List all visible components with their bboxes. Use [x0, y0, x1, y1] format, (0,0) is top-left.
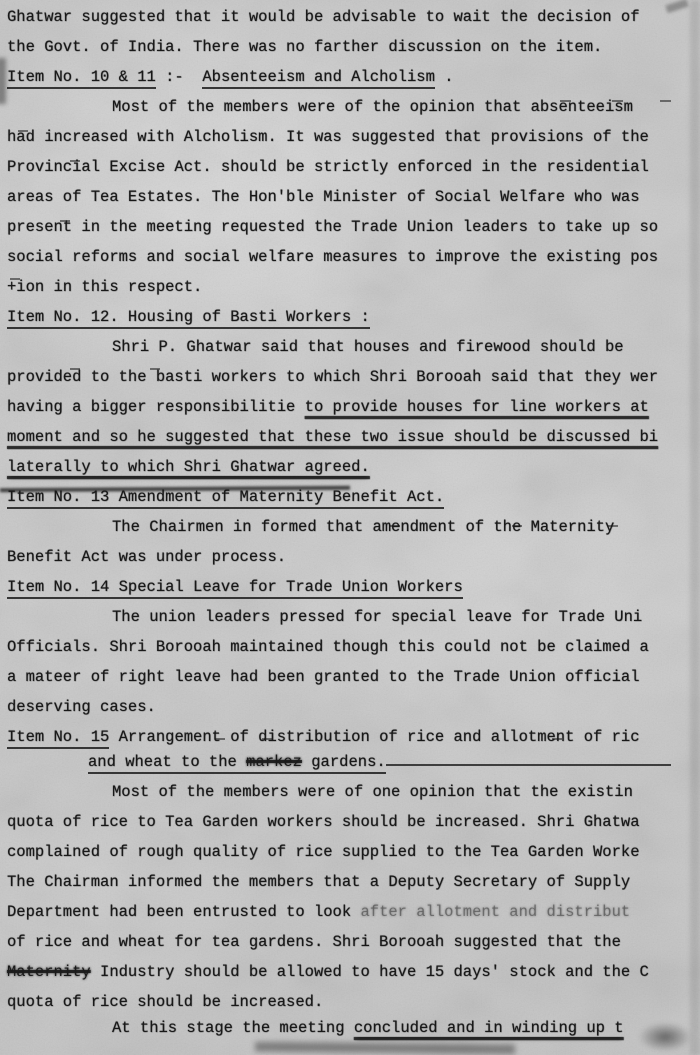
text-segment: Provincial Excise Act. should be strictl… [7, 158, 649, 176]
text-line: present in the meeting requested the Tra… [0, 214, 700, 244]
text-line: had increased with Alcholism. It was sug… [0, 124, 700, 154]
text-line: Maternity Industry should be allowed to … [0, 959, 700, 989]
text-line: Officials. Shri Borooah maintained thoug… [0, 634, 700, 664]
text-line: Benefit Act was under process. [0, 544, 700, 574]
text-segment: moment and so he suggested that these tw… [7, 428, 658, 446]
item-heading-13: Item No. 13 Amendment of Maternity Benef… [0, 484, 700, 514]
text-line: +ion in this respect. [0, 274, 700, 304]
text-segment: a mateer of right leave had been granted… [7, 668, 640, 686]
text-line: The Chairmen in formed that amendment of… [0, 514, 700, 544]
text-segment: :- [156, 68, 203, 86]
text-line: Most of the members were of the opinion … [0, 94, 700, 124]
text-line: of rice and wheat for tea gardens. Shri … [0, 929, 700, 959]
text-line: Provincial Excise Act. should be strictl… [0, 154, 700, 184]
text-segment: of rice and wheat for tea gardens. Shri … [7, 933, 621, 951]
text-line: having a bigger responsibilitie to provi… [0, 394, 700, 424]
text-segment: social reforms and social welfare measur… [7, 248, 658, 266]
text-segment: Officials. Shri Borooah maintained thoug… [7, 638, 649, 656]
item-heading-14: Item No. 14 Special Leave for Trade Unio… [0, 574, 700, 604]
scanned-document-page: Ghatwar suggested that it would be advis… [0, 0, 700, 1055]
text-line: Shri P. Ghatwar said that houses and fir… [0, 334, 700, 364]
text-segment: Absenteeism and Alcholism [202, 68, 435, 89]
document-text: Ghatwar suggested that it would be advis… [0, 0, 700, 1045]
text-segment: Item No. 15 [7, 728, 109, 749]
text-segment: Department had been entrusted to look [7, 903, 360, 921]
text-segment: quota of rice to Tea Garden workers shou… [7, 813, 640, 831]
text-segment: . [435, 68, 454, 86]
text-line: Ghatwar suggested that it would be advis… [0, 4, 700, 34]
text-line: The Chairman informed the members that a… [0, 869, 700, 899]
text-line: Most of the members were of one opinion … [0, 779, 700, 809]
text-segment: Arrangement of distribution of rice and … [109, 728, 639, 746]
text-segment: Most of the members were of one opinion … [112, 783, 633, 801]
text-segment: to provide houses for line workers at [305, 398, 649, 416]
item-heading-12: Item No. 12. Housing of Basti Workers : [0, 304, 700, 334]
text-segment: markez [246, 753, 302, 774]
text-segment: had increased with Alcholism. It was sug… [7, 128, 649, 146]
text-segment: At this stage the meeting [112, 1019, 354, 1037]
text-segment: Ghatwar suggested that it would be advis… [7, 8, 640, 26]
text-line: The union leaders pressed for special le… [0, 604, 700, 634]
underline-rule [386, 750, 671, 766]
text-segment: the Govt. of India. There was no farther… [7, 38, 602, 56]
text-segment: Benefit Act was under process. [7, 548, 286, 566]
text-line: social reforms and social welfare measur… [0, 244, 700, 274]
text-segment: Most of the members were of the opinion … [112, 98, 633, 116]
text-line: and wheat to the markez gardens. [0, 749, 700, 779]
text-segment: +ion in this respect. [7, 278, 202, 296]
text-segment: Shri P. Ghatwar said that houses and fir… [112, 338, 624, 356]
text-segment: laterally to which Shri Ghatwar agreed. [7, 458, 370, 476]
text-segment: complained of rough quality of rice supp… [7, 843, 640, 861]
text-segment: The Chairman informed the members that a… [7, 873, 630, 891]
text-line: the Govt. of India. There was no farther… [0, 34, 700, 64]
text-segment: Maternity [7, 963, 91, 981]
text-line: At this stage the meeting concluded and … [0, 1015, 700, 1045]
text-line: provided to the basti workers to which S… [0, 364, 700, 394]
text-segment: The union leaders pressed for special le… [112, 608, 642, 626]
text-line: deserving cases. [0, 694, 700, 724]
text-line: moment and so he suggested that these tw… [0, 424, 700, 454]
text-segment: and wheat to the [88, 753, 246, 774]
text-segment: Item No. 14 Special Leave for Trade Unio… [7, 578, 463, 599]
text-segment: deserving cases. [7, 698, 156, 716]
text-line: quota of rice to Tea Garden workers shou… [0, 809, 700, 839]
text-segment: after allotment and distribut [360, 903, 630, 921]
text-segment: Industry should be allowed to have 15 da… [91, 963, 649, 981]
text-segment: quota of rice should be increased. [7, 993, 323, 1011]
text-line: areas of Tea Estates. The Hon'ble Minist… [0, 184, 700, 214]
text-segment: Item No. 10 & 11 [7, 68, 156, 89]
text-line: a mateer of right leave had been granted… [0, 664, 700, 694]
text-segment: concluded and in winding up t [354, 1019, 624, 1037]
text-segment: provided to the basti workers to which S… [7, 368, 658, 386]
text-segment: The Chairmen in formed that amendment of… [112, 518, 614, 536]
text-segment: gardens. [302, 753, 386, 774]
text-segment: Item No. 12. Housing of Basti Workers : [7, 308, 370, 329]
text-line: complained of rough quality of rice supp… [0, 839, 700, 869]
item-heading-10-11: Item No. 10 & 11 :- Absenteeism and Alch… [0, 64, 700, 94]
text-segment: having a bigger responsibilitie [7, 398, 305, 416]
text-segment: present in the meeting requested the Tra… [7, 218, 658, 236]
text-line: laterally to which Shri Ghatwar agreed. [0, 454, 700, 484]
text-segment: areas of Tea Estates. The Hon'ble Minist… [7, 188, 640, 206]
text-segment: Item No. 13 Amendment of Maternity Benef… [7, 488, 444, 509]
text-line: Department had been entrusted to look af… [0, 899, 700, 929]
